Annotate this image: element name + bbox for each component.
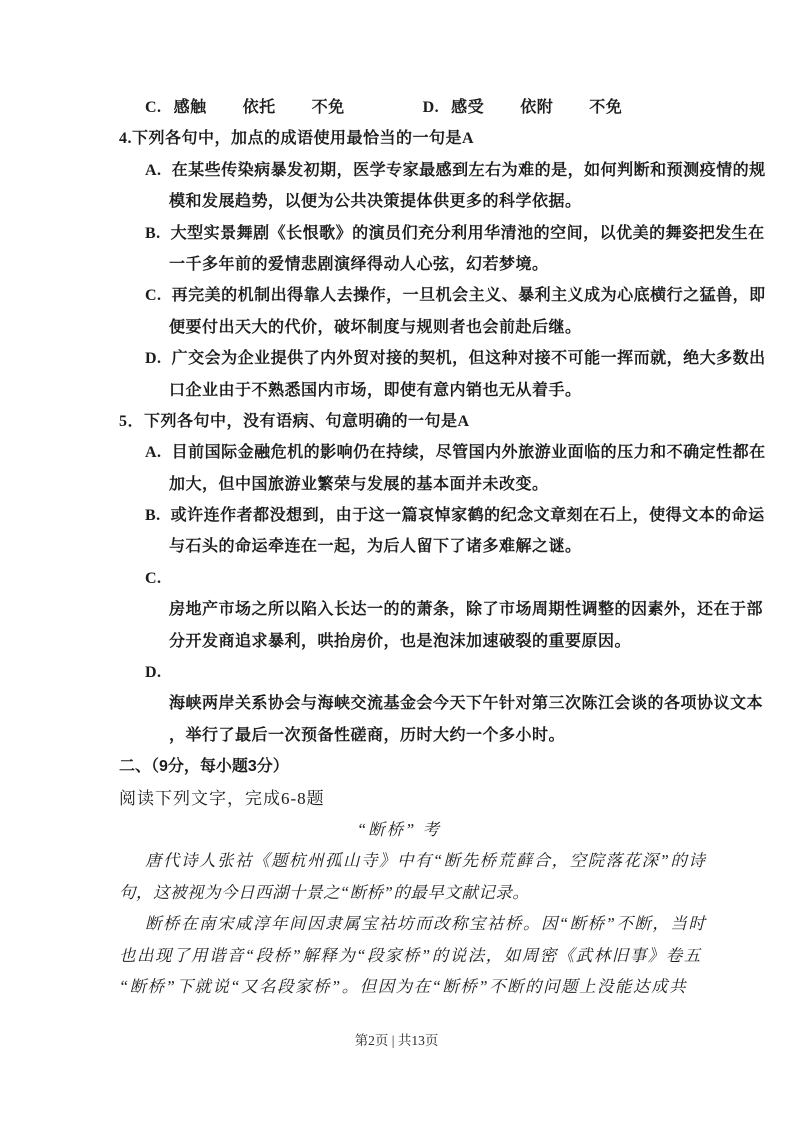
q5-option-c-line1: 房地产市场之所以陷入长达一的的萧条，除了市场周期性调整的因素外，还在于部: [119, 594, 679, 625]
q4-option-c-label: C.: [145, 280, 162, 311]
q4-option-b-line2: 一千多年前的爱情悲剧演绎得动人心弦，幻若梦境。: [119, 249, 679, 280]
q4-option-a-line1: A.在某些传染病暴发初期，医学专家最感到左右为难的是，如何判断和预测疫情的规: [119, 155, 679, 186]
q4-option-b-label: B.: [145, 218, 161, 249]
q3-option-d-label: D.: [423, 99, 440, 116]
q4-stem: 4.下列各句中，加点的成语使用最恰当的一句是A: [119, 123, 679, 154]
q4-option-b-text: 大型实景舞剧《长恨歌》的演员们充分利用华清池的空间，以优美的舞姿把发生在: [171, 225, 765, 242]
section2-heading: 二、（9分，每小题3分）: [119, 751, 679, 782]
q4-option-a-line2: 模和发展趋势，以便为公共决策提体供更多的科学依据。: [119, 186, 679, 217]
passage-para1-line2: 句，这被视为今日西湖十景之“断桥”的最早文献记录。: [119, 877, 679, 908]
q5-stem: 5．下列各句中，没有语病、句意明确的一句是A: [119, 406, 679, 437]
q4-option-d-label: D.: [145, 343, 162, 374]
q4-option-a-label: A.: [145, 155, 162, 186]
q3-option-c-word3: 不免: [312, 99, 345, 116]
q5-option-a-line2: 加大，但中国旅游业繁荣与发展的基本面并未改变。: [119, 469, 679, 500]
q5-option-b-line1: B.或许连作者都没想到，由于这一篇哀悼家鹤的纪念文章刻在石上，使得文本的命运: [119, 500, 679, 531]
q5-option-b-text: 或许连作者都没想到，由于这一篇哀悼家鹤的纪念文章刻在石上，使得文本的命运: [171, 507, 765, 524]
q5-option-a-text: 目前国际金融危机的影响仍在持续，尽管国内外旅游业面临的压力和不确定性都在: [172, 444, 766, 461]
q5-option-b-label: B.: [145, 500, 161, 531]
passage-para2-line3: “断桥”下就说“又名段家桥”。但因为在“断桥”不断的问题上没能达成共: [119, 971, 679, 1002]
q5-option-b-line2: 与石头的命运牵连在一起，为后人留下了诸多难解之谜。: [119, 531, 679, 562]
passage-para1-line1: 唐代诗人张祜《题杭州孤山寺》中有“断先桥荒藓合，空院落花深”的诗: [119, 845, 679, 876]
q4-option-d-text: 广交会为企业提供了内外贸对接的契机，但这种对接不可能一挥而就，绝大多数出: [172, 350, 766, 367]
q5-option-c-line2: 分开发商追求暴利，哄抬房价，也是泡沫加速破裂的重要原因。: [119, 626, 679, 657]
q4-option-c-line2: 便要付出天大的代价，破坏制度与规则者也会前赴后继。: [119, 312, 679, 343]
q5-option-a-line1: A.目前国际金融危机的影响仍在持续，尽管国内外旅游业面临的压力和不确定性都在: [119, 437, 679, 468]
page-footer: 第2页 | 共13页: [0, 1030, 793, 1052]
q3-options-cd-row: C.感触依托不免D.感受依附不免: [119, 92, 679, 123]
q5-option-d-line1: 海峡两岸关系协会与海峡交流基金会今天下午针对第三次陈江会谈的各项协议文本: [119, 688, 679, 719]
q3-option-c-word2: 依托: [243, 99, 276, 116]
q3-option-c-word1: 感触: [174, 99, 207, 116]
section2-intro: 阅读下列文字，完成6-8题: [119, 783, 679, 814]
q4-option-c-line1: C.再完美的机制出得靠人去操作，一旦机会主义、暴利主义成为心底横行之猛兽，即: [119, 280, 679, 311]
q4-option-c-text: 再完美的机制出得靠人去操作，一旦机会主义、暴利主义成为心底横行之猛兽，即: [172, 287, 766, 304]
q3-option-d-word2: 依附: [520, 99, 553, 116]
page-content: C.感触依托不免D.感受依附不免 4.下列各句中，加点的成语使用最恰当的一句是A…: [119, 92, 679, 1002]
exam-paper-page: C.感触依托不免D.感受依附不免 4.下列各句中，加点的成语使用最恰当的一句是A…: [0, 0, 793, 1122]
q4-option-a-text: 在某些传染病暴发初期，医学专家最感到左右为难的是，如何判断和预测疫情的规: [172, 162, 766, 179]
q4-option-b-line1: B.大型实景舞剧《长恨歌》的演员们充分利用华清池的空间，以优美的舞姿把发生在: [119, 218, 679, 249]
passage-para2-line1: 断桥在南宋咸淳年间因隶属宝祜坊而改称宝祜桥。因“断桥”不断，当时: [119, 908, 679, 939]
q5-option-d-line2: ，举行了最后一次预备性磋商，历时大约一个多小时。: [119, 720, 679, 751]
q4-option-d-line1: D.广交会为企业提供了内外贸对接的契机，但这种对接不可能一挥而就，绝大多数出: [119, 343, 679, 374]
q3-option-d-word1: 感受: [451, 99, 484, 116]
passage-para2-line2: 也出现了用谐音“段桥”解释为“段家桥”的说法，如周密《武林旧事》卷五: [119, 940, 679, 971]
q3-option-d-word3: 不免: [589, 99, 622, 116]
q5-option-a-label: A.: [145, 437, 162, 468]
q4-option-d-line2: 口企业由于不熟悉国内市场，即使有意内销也无从着手。: [119, 375, 679, 406]
passage-title: “断桥” 考: [119, 814, 679, 845]
q5-option-c-label-line: C.: [119, 563, 679, 594]
q5-option-d-label-line: D.: [119, 657, 679, 688]
q3-option-c-label: C.: [145, 99, 162, 116]
